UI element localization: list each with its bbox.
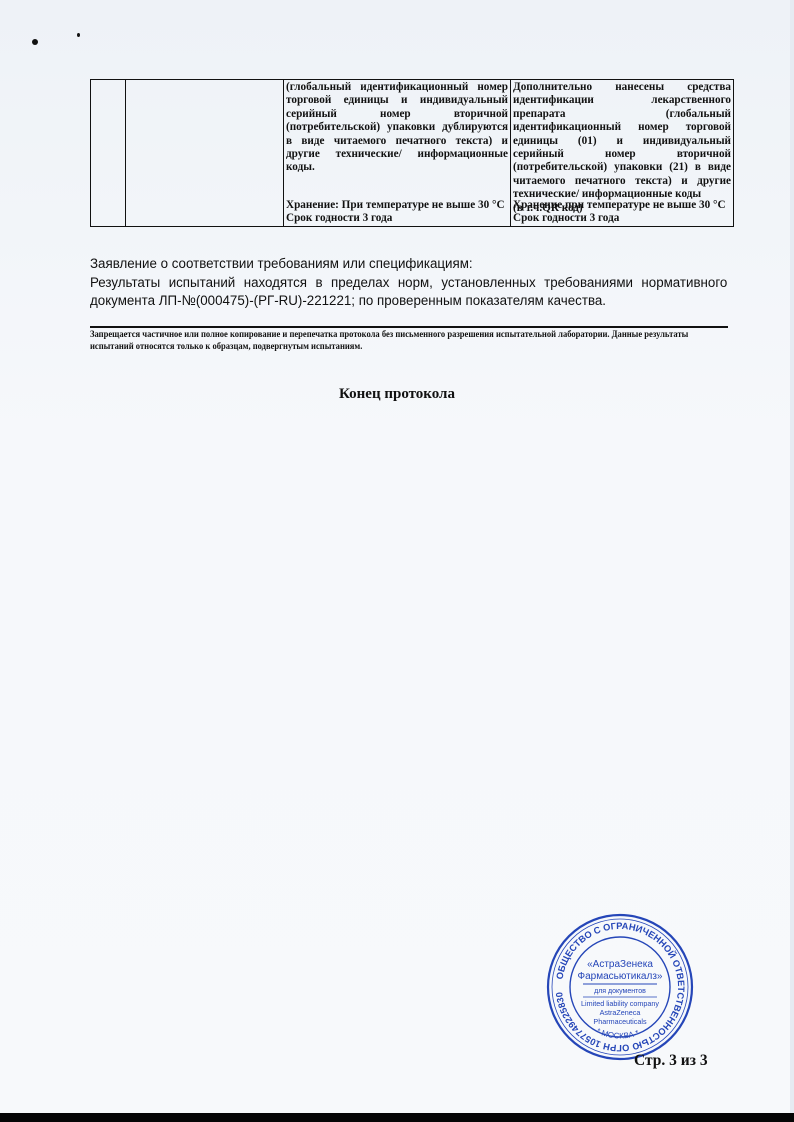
table-cell-result: Дополнительно нанесены средства идентифи… bbox=[511, 80, 734, 227]
requirement-text: (глобальный идентификационный номер торг… bbox=[286, 81, 508, 199]
table-cell-parameter bbox=[126, 80, 284, 227]
scan-speck bbox=[77, 33, 80, 37]
result-body: Дополнительно нанесены средства идентифи… bbox=[513, 81, 731, 199]
stamp-en-line3: Pharmaceuticals bbox=[593, 1017, 647, 1026]
stamp-name-line2: Фармасьютикалз» bbox=[578, 971, 663, 982]
result-text: Дополнительно нанесены средства идентифи… bbox=[513, 81, 731, 202]
specification-table: (глобальный идентификационный номер торг… bbox=[90, 79, 734, 227]
scan-speck bbox=[32, 39, 38, 45]
table-cell-number bbox=[91, 80, 126, 227]
statement-body: Результаты испытаний находятся в предела… bbox=[90, 274, 727, 311]
requirement-storage: Хранение: При температуре не выше 30 °С bbox=[286, 199, 508, 212]
company-stamp: ОБЩЕСТВО С ОГРАНИЧЕННОЙ ОТВЕТСТВЕННОСТЬЮ… bbox=[545, 912, 695, 1062]
end-of-protocol: Конец протокола bbox=[0, 386, 794, 403]
stamp-en-line2: AstraZeneca bbox=[600, 1008, 641, 1017]
scan-bottom-edge bbox=[0, 1113, 794, 1122]
scan-edge bbox=[790, 0, 794, 1122]
stamp-name-line1: «АстраЗенека bbox=[587, 959, 653, 970]
stamp-purpose: для документов bbox=[594, 988, 646, 995]
copy-disclaimer: Запрещается частичное или полное копиров… bbox=[90, 329, 732, 352]
requirement-shelf-life: Срок годности 3 года bbox=[286, 212, 508, 225]
svg-text:* МОСКВА *: * МОСКВА * bbox=[595, 1027, 640, 1041]
stamp-city: * МОСКВА * bbox=[595, 1027, 640, 1041]
stamp-seal-icon: ОБЩЕСТВО С ОГРАНИЧЕННОЙ ОТВЕТСТВЕННОСТЬЮ… bbox=[545, 912, 695, 1062]
statement-title: Заявление о соответствии требованиям или… bbox=[90, 255, 690, 274]
divider-line bbox=[90, 326, 728, 328]
table-row: (глобальный идентификационный номер торг… bbox=[91, 80, 734, 227]
stamp-en-line1: Limited liability company bbox=[581, 999, 659, 1008]
page-number: Стр. 3 из 3 bbox=[634, 1052, 708, 1070]
result-storage: Хранение при температуре не выше 30 °С bbox=[513, 199, 731, 212]
table-cell-requirement: (глобальный идентификационный номер торг… bbox=[284, 80, 511, 227]
conformity-statement: Заявление о соответствии требованиям или… bbox=[90, 255, 690, 311]
result-shelf-life: Срок годности 3 года bbox=[513, 212, 731, 225]
